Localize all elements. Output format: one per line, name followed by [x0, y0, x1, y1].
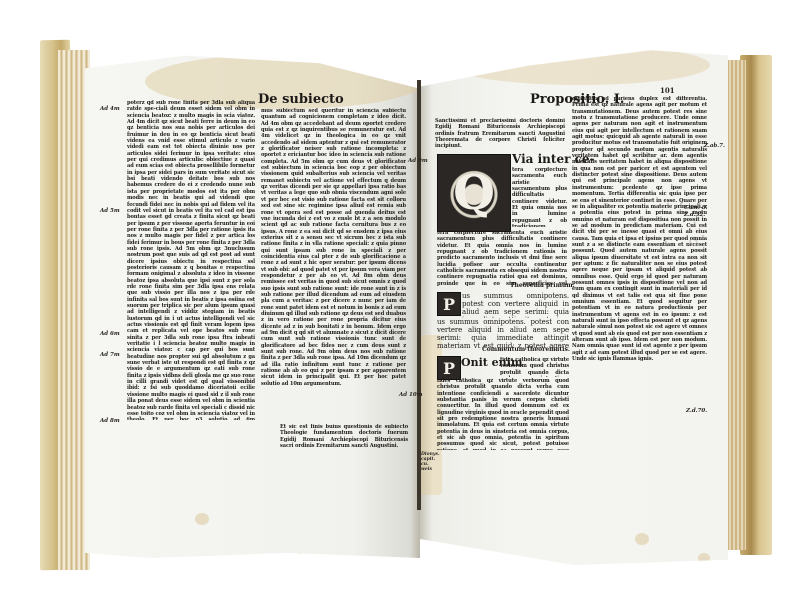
colophon-left: Et sic est finis buius questionis de sub…	[280, 424, 408, 450]
margin-note: Ad 10m	[399, 392, 423, 398]
pencil-annotation: A.2	[688, 240, 698, 247]
left-page-column-2: mus subiectum sed queritur in sciencia s…	[261, 108, 406, 400]
commentum-first-lines: fides catholica qz virtute verborum quod…	[500, 357, 569, 377]
incipit-text-beside-initial: tera corpfecture sacramenta euch aristie…	[512, 167, 567, 227]
foxing-spot	[698, 553, 710, 563]
decorated-initial-P-2: P	[437, 356, 461, 380]
foxing-spot	[295, 553, 305, 558]
commentum-text: fides catholica qz virtute verborum quod…	[437, 378, 569, 450]
theorem-1-first-lines: us summus omnipotens. potest con vertere…	[462, 292, 569, 318]
margin-note: Z.d.70.	[686, 408, 707, 414]
folio-number: 101	[660, 86, 675, 95]
margin-note: Ad 6m	[100, 331, 120, 337]
right-page-column-2: quantum ad pariens duplex est differenti…	[572, 96, 707, 476]
decorated-initial-P: P	[437, 292, 461, 316]
margin-note: Com. 8.	[684, 205, 707, 211]
theorema-heading: Theorema primum.	[510, 282, 575, 289]
margin-note: Ad 8m	[100, 418, 120, 424]
intro-rubric: Sanctissimi et preclarissimi doctoris do…	[435, 118, 565, 150]
left-page-column-1: poterz qd sub rone finita per 3dla sub a…	[127, 100, 255, 420]
margin-note: Z.d.32.	[684, 212, 705, 218]
margin-note: Ad 7m	[100, 352, 120, 358]
margin-note: Ad 5m	[100, 208, 120, 214]
margin-note: Z.ab.7.	[704, 143, 725, 149]
incipit-text-below-initial: tera corpfecture sacramenta euch aristie…	[437, 230, 567, 286]
margin-note: Dionys. capit. cu. weis	[421, 452, 439, 472]
open-book-photo: De subiecto poterz qd sub rone finita pe…	[0, 0, 800, 600]
foxing-spot	[635, 533, 649, 545]
decorated-initial-Q: Q	[437, 154, 511, 232]
water-stain	[450, 45, 710, 85]
margin-note: Ad 9m	[408, 158, 428, 164]
margin-note: Ad 4m	[100, 106, 120, 112]
running-head-left: De subiecto	[258, 92, 344, 107]
commentum-heading: Commentum theorematis.	[482, 346, 570, 353]
book-gutter	[417, 80, 421, 510]
foxing-spot	[195, 513, 209, 525]
